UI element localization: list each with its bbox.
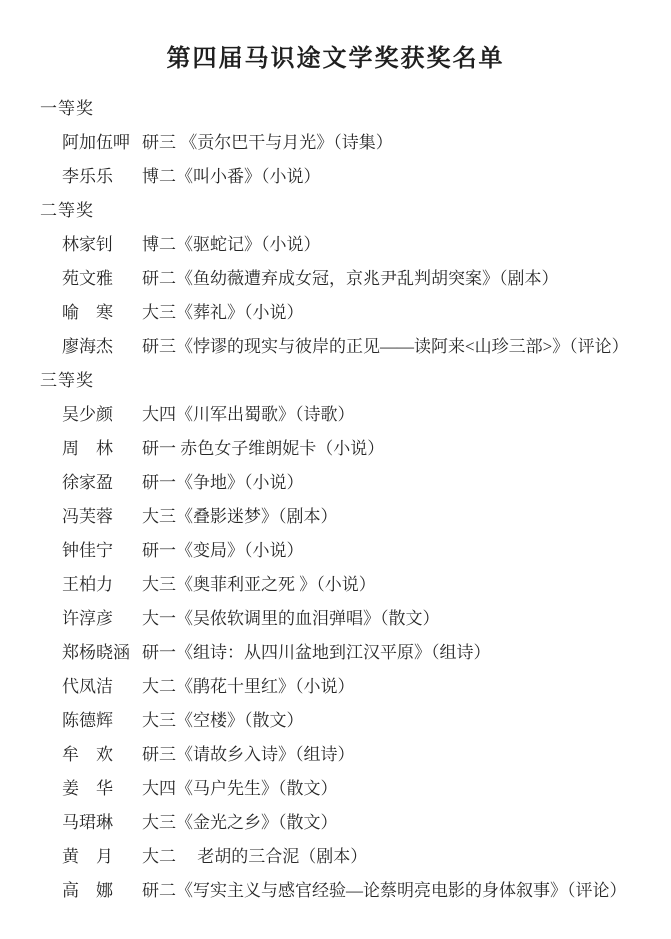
winner-name: 许淳彦 [62, 602, 142, 636]
award-entry-row: 郑杨晓涵研一《组诗：从四川盆地到江汉平原》（组诗） [62, 636, 671, 670]
award-entry-row: 牟 欢研三《请故乡入诗》（组诗） [62, 738, 671, 772]
work-title: 《空楼》（散文） [176, 704, 304, 738]
winner-name: 冯芙蓉 [62, 500, 142, 534]
work-title: 老胡的三合泥（剧本） [176, 840, 367, 874]
work-title: 《争地》（小说） [176, 466, 304, 500]
work-title: 赤色女子维朗妮卡（小说） [176, 432, 384, 466]
work-title: 《写实主义与感官经验—论蔡明亮电影的身体叙事》（评论） [176, 874, 627, 908]
winner-name: 王柏力 [62, 568, 142, 602]
work-title: 《驱蛇记》（小说） [176, 228, 321, 262]
winner-grade: 大二 [142, 840, 176, 874]
winner-name: 苑文雅 [62, 262, 142, 296]
work-title: 《贡尔巴干与月光》（诗集） [176, 126, 393, 160]
winner-name: 廖海杰 [62, 330, 142, 364]
winner-name: 周 林 [62, 432, 142, 466]
award-entry-row: 许淳彦大一《吴侬软调里的血泪弹唱》（散文） [62, 602, 671, 636]
document-title: 第四届马识途文学奖获奖名单 [0, 44, 671, 74]
winner-name: 喻 寒 [62, 296, 142, 330]
winner-grade: 大三 [142, 568, 176, 602]
winner-grade: 大四 [142, 772, 176, 806]
work-title: 《葬礼》（小说） [176, 296, 304, 330]
work-title: 《金光之乡》（散文） [176, 806, 338, 840]
winner-grade: 博二 [142, 160, 176, 194]
winner-name: 钟佳宁 [62, 534, 142, 568]
award-entry-row: 陈德辉大三《空楼》（散文） [62, 704, 671, 738]
winner-grade: 大三 [142, 704, 176, 738]
award-entry-row: 高 娜研二《写实主义与感官经验—论蔡明亮电影的身体叙事》（评论） [62, 874, 671, 908]
prize-heading-third: 三等奖 [40, 364, 671, 398]
winner-grade: 大二 [142, 670, 176, 704]
winner-grade: 大三 [142, 500, 176, 534]
work-title: 《悖谬的现实与彼岸的正见——读阿来<山珍三部>》（评论） [176, 330, 629, 364]
award-entry-row: 王柏力大三《奥菲利亚之死 》（小说） [62, 568, 671, 602]
winner-name: 马珺琳 [62, 806, 142, 840]
document-page: 第四届马识途文学奖获奖名单 一等奖 阿加伍呷研三 《贡尔巴干与月光》（诗集） 李… [0, 0, 671, 939]
winner-name: 代凤洁 [62, 670, 142, 704]
award-entry-row: 林家钊博二《驱蛇记》（小说） [62, 228, 671, 262]
winner-name: 林家钊 [62, 228, 142, 262]
work-title: 《叫小番》（小说） [176, 160, 321, 194]
award-entry-row: 喻 寒大三《葬礼》（小说） [62, 296, 671, 330]
work-title: 《叠影迷梦》（剧本） [176, 500, 338, 534]
award-entry-row: 钟佳宁研一《变局》（小说） [62, 534, 671, 568]
winner-name: 牟 欢 [62, 738, 142, 772]
winner-grade: 大一 [142, 602, 176, 636]
work-title: 《奥菲利亚之死 》（小说） [176, 568, 376, 602]
award-entry-row: 李乐乐博二《叫小番》（小说） [62, 160, 671, 194]
work-title: 《马户先生》（散文） [176, 772, 338, 806]
work-title: 《请故乡入诗》（组诗） [176, 738, 355, 772]
award-entry-row: 阿加伍呷研三 《贡尔巴干与月光》（诗集） [62, 126, 671, 160]
prize-heading-first: 一等奖 [40, 92, 671, 126]
work-title: 《鹃花十里红》（小说） [176, 670, 355, 704]
winner-name: 吴少颜 [62, 398, 142, 432]
winner-grade: 研三 [142, 126, 176, 160]
award-entry-row: 徐家盈研一《争地》（小说） [62, 466, 671, 500]
winner-grade: 研一 [142, 534, 176, 568]
award-entry-row: 苑文雅研二《鱼幼薇遭弃成女冠，京兆尹乱判胡突案》（剧本） [62, 262, 671, 296]
work-title: 《川军出蜀歌》（诗歌） [176, 398, 355, 432]
winner-grade: 博二 [142, 228, 176, 262]
award-entry-row: 姜 华大四《马户先生》（散文） [62, 772, 671, 806]
award-entry-row: 黄 月大二 老胡的三合泥（剧本） [62, 840, 671, 874]
winner-grade: 研三 [142, 330, 176, 364]
winner-grade: 研二 [142, 262, 176, 296]
winner-name: 阿加伍呷 [62, 126, 142, 160]
winner-name: 郑杨晓涵 [62, 636, 142, 670]
winner-name: 姜 华 [62, 772, 142, 806]
award-entry-row: 代凤洁大二《鹃花十里红》（小说） [62, 670, 671, 704]
winner-name: 黄 月 [62, 840, 142, 874]
award-entry-row: 冯芙蓉大三《叠影迷梦》（剧本） [62, 500, 671, 534]
work-title: 《鱼幼薇遭弃成女冠，京兆尹乱判胡突案》（剧本） [176, 262, 559, 296]
winner-grade: 研一 [142, 466, 176, 500]
award-entry-row: 马珺琳大三《金光之乡》（散文） [62, 806, 671, 840]
winner-name: 陈德辉 [62, 704, 142, 738]
winner-grade: 大三 [142, 806, 176, 840]
winner-grade: 大四 [142, 398, 176, 432]
work-title: 《变局》（小说） [176, 534, 304, 568]
winner-grade: 研一 [142, 636, 176, 670]
winner-grade: 大三 [142, 296, 176, 330]
winner-grade: 研二 [142, 874, 176, 908]
winner-grade: 研三 [142, 738, 176, 772]
prize-heading-second: 二等奖 [40, 194, 671, 228]
work-title: 《吴侬软调里的血泪弹唱》（散文） [176, 602, 440, 636]
winner-name: 高 娜 [62, 874, 142, 908]
award-list: 一等奖 阿加伍呷研三 《贡尔巴干与月光》（诗集） 李乐乐博二《叫小番》（小说） … [0, 92, 671, 908]
winner-name: 李乐乐 [62, 160, 142, 194]
winner-name: 徐家盈 [62, 466, 142, 500]
winner-grade: 研一 [142, 432, 176, 466]
award-entry-row: 周 林研一 赤色女子维朗妮卡（小说） [62, 432, 671, 466]
work-title: 《组诗：从四川盆地到江汉平原》（组诗） [176, 636, 491, 670]
award-entry-row: 廖海杰研三《悖谬的现实与彼岸的正见——读阿来<山珍三部>》（评论） [62, 330, 671, 364]
award-entry-row: 吴少颜大四《川军出蜀歌》（诗歌） [62, 398, 671, 432]
